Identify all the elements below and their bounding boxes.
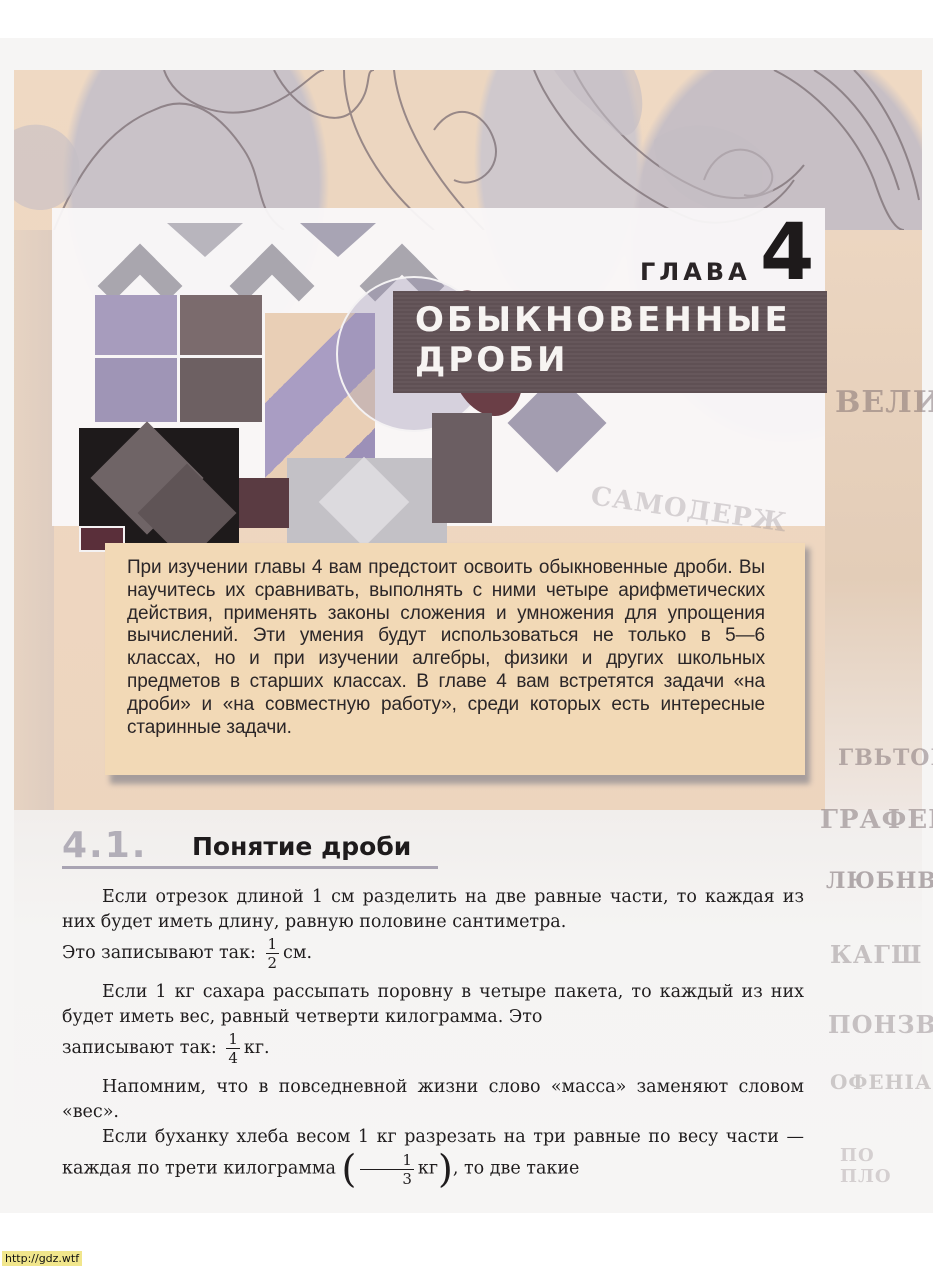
section-title: Понятие дроби (192, 832, 411, 861)
chapter-intro-text: При изучении главы 4 вам предстоит освои… (127, 557, 765, 738)
chapter-title-line-2: ДРОБИ (415, 340, 835, 380)
fraction-one-quarter: 14 (226, 1030, 240, 1067)
paragraph: Если 1 кг сахара рассыпать поровну в чет… (62, 980, 804, 1030)
paragraph: Напомним, что в повседневной жизни слово… (62, 1075, 804, 1125)
section-number: 4.1. (62, 826, 147, 866)
background-lettering: ПОНЗВ (828, 1010, 933, 1039)
chapter-label: ГЛАВА (640, 258, 751, 286)
map-contour-lines (14, 70, 922, 230)
formula-line: Это записывают так: 12см. (62, 935, 804, 972)
chapter-title: ОБЫКНОВЕННЫЕ ДРОБИ (415, 300, 835, 380)
background-lettering: ГРАФЕКН (820, 805, 933, 835)
background-lettering: ГВЬТОР (838, 745, 933, 771)
background-lettering: ВЕЛИКІЖ (835, 385, 933, 420)
left-decorative-strip (14, 230, 54, 820)
section-body: Если отрезок длиной 1 см разделить на дв… (62, 885, 804, 1188)
paragraph: Если буханку хлеба весом 1 кг разрезать … (62, 1125, 804, 1188)
formula-line: записывают так: 14кг. (62, 1030, 804, 1067)
background-lettering: ЛЮБНВ (826, 868, 933, 894)
section-underline (62, 866, 438, 869)
background-lettering: ПО ПЛО (840, 1145, 933, 1187)
paragraph: Если отрезок длиной 1 см разделить на дв… (62, 885, 804, 935)
source-link[interactable]: http://gdz.wtf (2, 1251, 82, 1266)
chapter-number: 4 (760, 214, 814, 292)
background-lettering: ОФЕНІА (830, 1070, 932, 1094)
fraction-one-third: 13 (360, 1151, 414, 1188)
fraction-one-half: 12 (266, 935, 280, 972)
chapter-title-line-1: ОБЫКНОВЕННЫЕ (415, 300, 835, 340)
background-lettering: КАГШ (830, 940, 922, 969)
chapter-intro-box: При изучении главы 4 вам предстоит освои… (105, 543, 805, 775)
right-decorative-strip (825, 230, 922, 810)
